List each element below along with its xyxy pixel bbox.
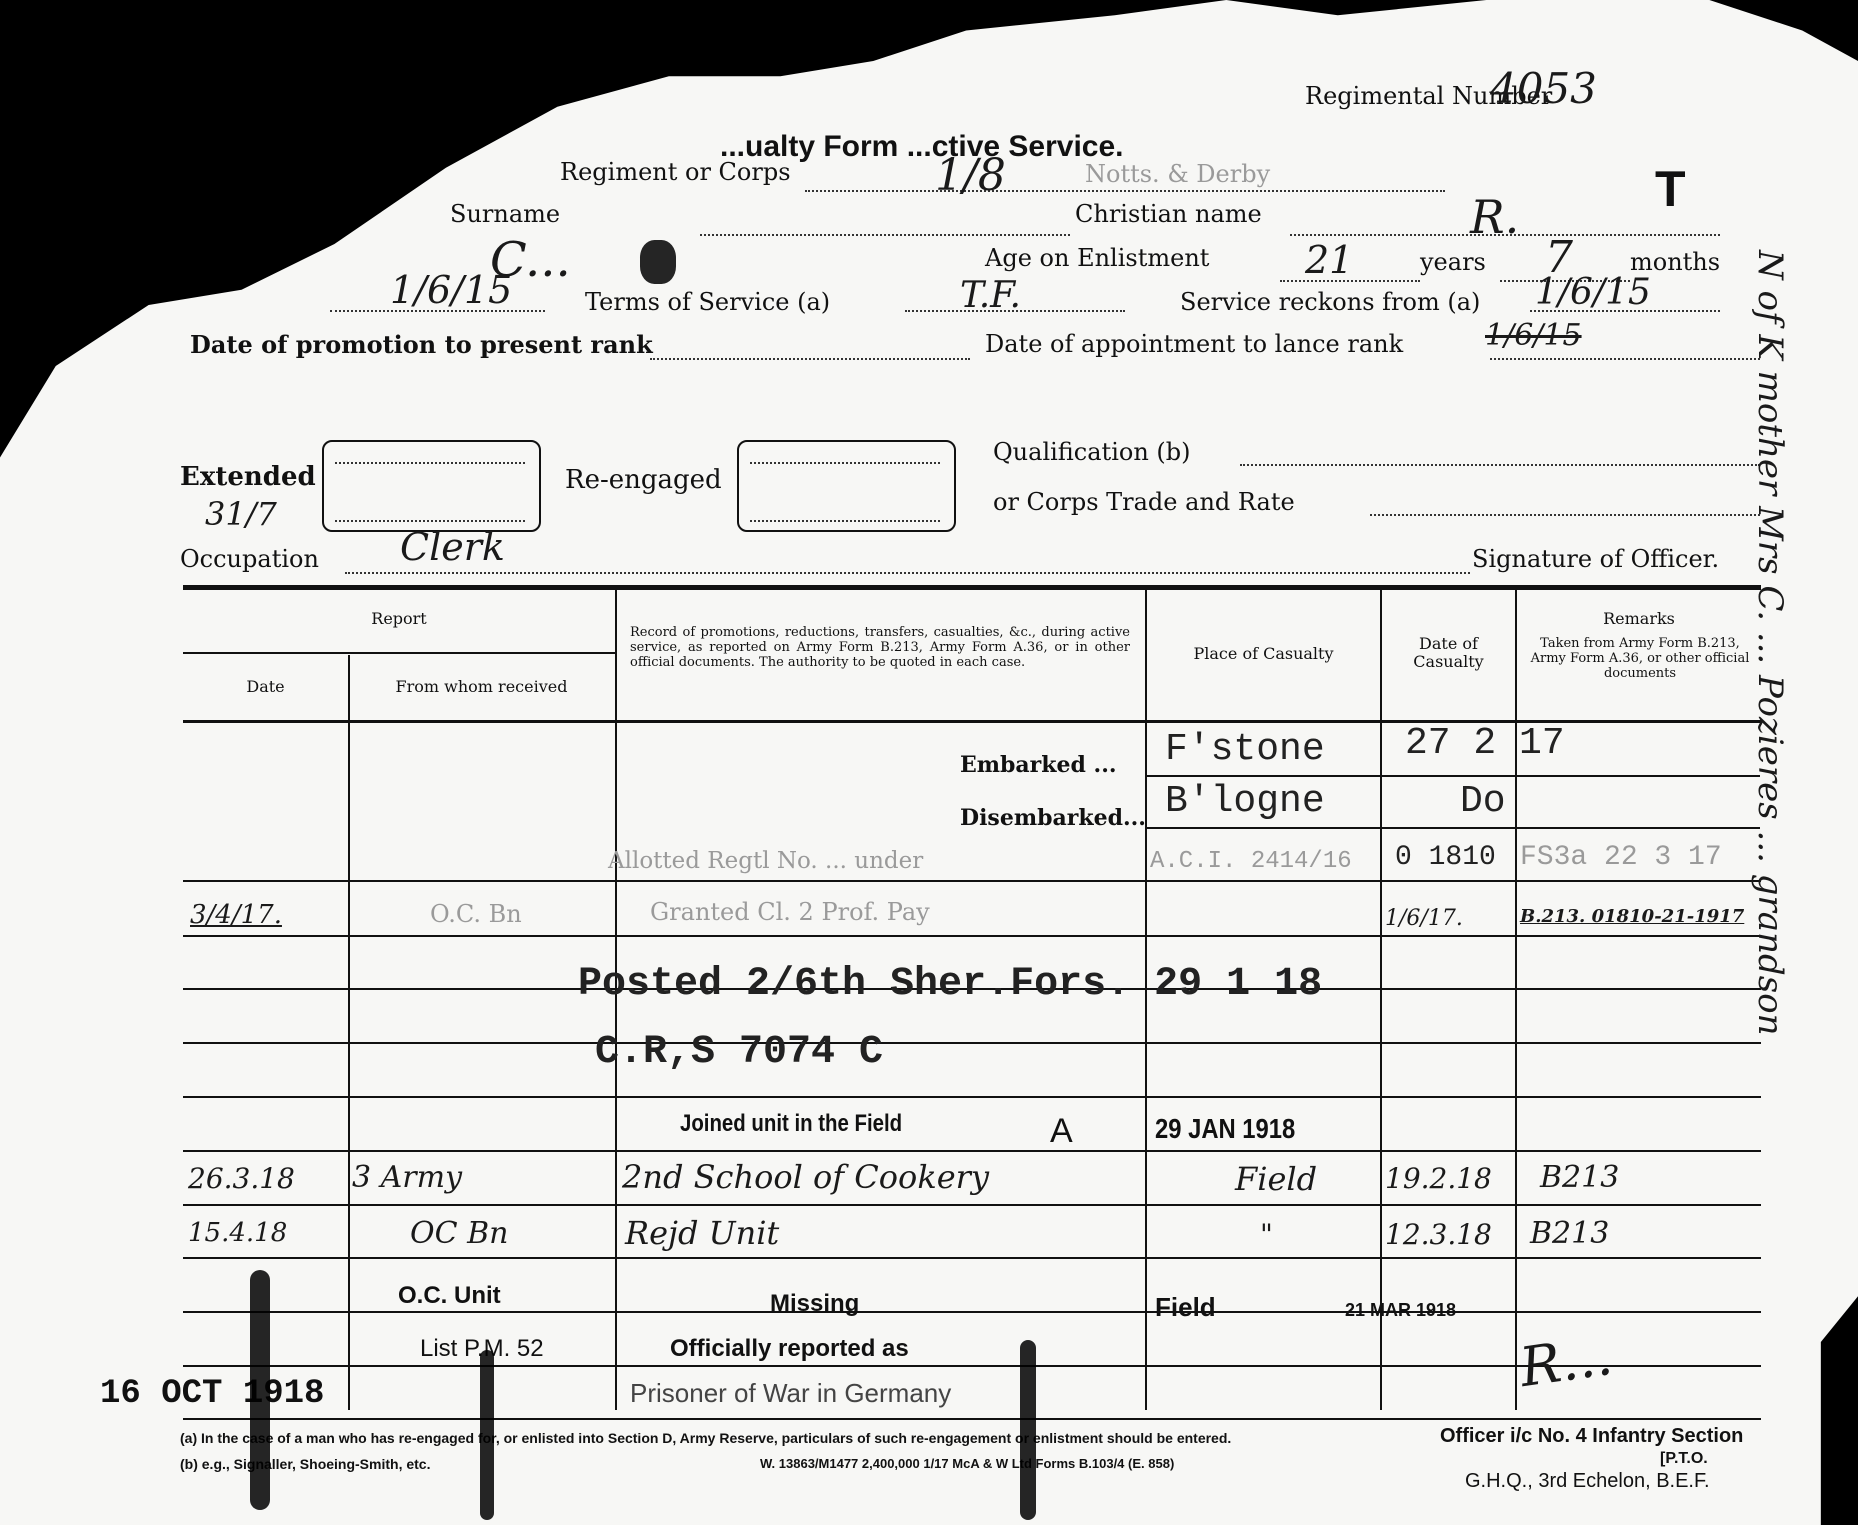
col-divider-date bbox=[1380, 590, 1382, 1410]
row-embarked-record: Embarked ... bbox=[960, 752, 1117, 778]
footnote-b: (b) e.g., Signaller, Shoeing-Smith, etc. bbox=[180, 1456, 430, 1472]
header-place: Place of Casualty bbox=[1147, 645, 1380, 663]
regiment-value-stamp: Notts. & Derby bbox=[1085, 160, 1270, 188]
row-rule bbox=[183, 1204, 1761, 1206]
pto-label: [P.T.O. bbox=[1660, 1450, 1708, 1468]
row-8-from: OC Bn bbox=[410, 1216, 508, 1251]
row-8-date: 15.4.18 bbox=[188, 1218, 287, 1248]
row-allotted-place: A.C.I. 2414/16 bbox=[1150, 848, 1352, 875]
lance-rank-value: 1/6/15 bbox=[1485, 318, 1582, 353]
row-9-date-casualty: 21 MAR 1918 bbox=[1345, 1300, 1456, 1321]
col-divider-remarks bbox=[1515, 590, 1517, 1410]
regiment-value-hand: 1/8 bbox=[935, 150, 1006, 201]
qualification-label: Qualification (b) bbox=[993, 438, 1191, 466]
row-joined-mark: A bbox=[1050, 1112, 1073, 1151]
lance-rank-line bbox=[1490, 358, 1760, 360]
reengaged-label: Re-engaged bbox=[565, 465, 722, 495]
age-years-value: 21 bbox=[1305, 238, 1353, 282]
row-rule bbox=[183, 1257, 1761, 1259]
lance-rank-label: Date of appointment to lance rank bbox=[985, 330, 1403, 358]
row-8-place: " bbox=[1260, 1218, 1273, 1251]
surname-label: Surname bbox=[450, 200, 560, 228]
row-9-from: O.C. Unit bbox=[398, 1282, 501, 1310]
row-7-date-casualty: 19.2.18 bbox=[1385, 1162, 1492, 1195]
header-report: Report bbox=[183, 610, 615, 628]
row-7-remarks: B213 bbox=[1540, 1160, 1619, 1195]
row-rule bbox=[1145, 827, 1760, 829]
qualification-line bbox=[1240, 464, 1760, 466]
row-rule bbox=[183, 1096, 1761, 1098]
row-posted-record: Posted 2/6th Sher.Fors. 29 1 18 bbox=[578, 962, 1322, 1007]
row-8-remarks: B213 bbox=[1530, 1216, 1609, 1251]
row-disembarked-place: B'logne bbox=[1165, 780, 1325, 823]
footnote-a: (a) In the case of a man who has re-enga… bbox=[180, 1430, 1231, 1446]
row-7-date: 26.3.18 bbox=[188, 1162, 295, 1195]
reengaged-brace bbox=[737, 440, 956, 532]
header-from-whom: From whom received bbox=[348, 678, 615, 696]
christian-name-label: Christian name bbox=[1075, 200, 1262, 228]
row-rule bbox=[183, 1311, 1761, 1313]
terms-value: T.F. bbox=[960, 275, 1021, 316]
reengaged-line-2 bbox=[750, 520, 940, 522]
regimental-number-value: 4053 bbox=[1490, 64, 1597, 113]
occupation-value: Clerk bbox=[400, 525, 505, 569]
row-11-date: 16 OCT 1918 bbox=[100, 1375, 324, 1413]
officer-section-label: Officer i/c No. 4 Infantry Section bbox=[1440, 1425, 1743, 1448]
table-bottom-rule bbox=[183, 1418, 1761, 1420]
row-3-record: Granted Cl. 2 Prof. Pay bbox=[650, 898, 930, 926]
occupation-line bbox=[345, 572, 1470, 574]
christian-name-value: R. bbox=[1470, 190, 1519, 244]
row-8-record: Rejd Unit bbox=[625, 1214, 779, 1252]
header-record: Record of promotions, reductions, transf… bbox=[630, 625, 1130, 670]
ink-stain bbox=[1020, 1340, 1036, 1520]
row-9-place: Field bbox=[1155, 1292, 1216, 1323]
regiment-label: Regiment or Corps bbox=[560, 158, 791, 186]
col-divider-from bbox=[348, 655, 350, 1410]
enlisted-value: 1/6/15 bbox=[390, 268, 512, 312]
row-7-record: 2nd School of Cookery bbox=[622, 1158, 989, 1196]
row-rule bbox=[183, 1150, 1761, 1152]
row-8-date-casualty: 12.3.18 bbox=[1385, 1218, 1492, 1251]
extended-brace bbox=[322, 440, 541, 532]
row-9-record: Missing bbox=[770, 1290, 859, 1318]
ink-stain bbox=[250, 1270, 270, 1510]
corps-trade-line bbox=[1370, 514, 1760, 516]
header-remarks-sub: Taken from Army Form B.213, Army Form A.… bbox=[1530, 636, 1750, 681]
header-remarks-title: Remarks bbox=[1517, 610, 1761, 628]
row-3-from: O.C. Bn bbox=[430, 900, 522, 928]
signature-of-officer-label: Signature of Officer. bbox=[1472, 545, 1719, 573]
row-7-place: Field bbox=[1235, 1160, 1317, 1198]
years-label: years bbox=[1420, 248, 1486, 276]
service-reckons-value: 1/6/15 bbox=[1535, 272, 1651, 313]
row-3-remarks: B.213. 01810-21-1917 bbox=[1520, 906, 1744, 927]
reengaged-line-1 bbox=[750, 462, 940, 464]
row-rule bbox=[183, 880, 1761, 882]
row-rule bbox=[183, 935, 1761, 937]
row-crs-record: C.R,S 7074 C bbox=[595, 1030, 883, 1075]
promotion-line bbox=[650, 358, 970, 360]
age-label: Age on Enlistment bbox=[985, 244, 1209, 272]
row-allotted-record: Allotted Regtl No. ... under bbox=[608, 848, 923, 874]
service-reckons-label: Service reckons from (a) bbox=[1180, 288, 1480, 316]
officer-signature: R... bbox=[1516, 1324, 1616, 1399]
row-10-record: Officially reported as bbox=[670, 1335, 909, 1363]
report-subheader-rule bbox=[183, 652, 615, 654]
regiment-field-line bbox=[805, 190, 1445, 192]
row-joined-record: Joined unit in the Field bbox=[680, 1110, 902, 1138]
promotion-label: Date of promotion to present rank bbox=[190, 330, 653, 359]
enlisted-line bbox=[330, 310, 545, 312]
extended-label: Extended bbox=[180, 462, 316, 492]
row-rule bbox=[1145, 775, 1760, 777]
header-date: Date bbox=[183, 678, 348, 696]
corps-trade-label: or Corps Trade and Rate bbox=[993, 488, 1295, 516]
corner-stamp: T bbox=[1655, 160, 1686, 218]
row-3-date-casualty: 1/6/17. bbox=[1385, 906, 1463, 931]
ink-stain bbox=[480, 1350, 494, 1520]
margin-note: N of K mother Mrs C. ... Pozieres ... gr… bbox=[1750, 250, 1790, 1450]
row-allotted-date: 0 1810 bbox=[1395, 842, 1496, 873]
row-allotted-remarks: FS3a 22 3 17 bbox=[1520, 842, 1722, 873]
extended-note: 31/7 bbox=[205, 495, 277, 533]
row-joined-place: 29 JAN 1918 bbox=[1155, 1113, 1295, 1145]
extended-line-1 bbox=[335, 462, 525, 464]
casualty-form-paper: ...ualty Form ...ctive Service. Regiment… bbox=[0, 0, 1858, 1525]
row-7-from: 3 Army bbox=[352, 1160, 462, 1195]
row-rule bbox=[183, 1042, 1761, 1044]
table-top-rule bbox=[183, 585, 1761, 590]
print-info: W. 13863/M1477 2,400,000 1/17 McA & W Lt… bbox=[760, 1456, 1174, 1471]
row-disembarked-record: Disembarked... bbox=[960, 805, 1146, 831]
row-disembarked-date: Do bbox=[1460, 780, 1506, 823]
surname-field-line bbox=[700, 234, 1070, 236]
occupation-label: Occupation bbox=[180, 545, 319, 573]
row-embarked-place: F'stone bbox=[1165, 728, 1325, 771]
terms-label: Terms of Service (a) bbox=[585, 288, 830, 316]
row-11-record: Prisoner of War in Germany bbox=[630, 1378, 951, 1409]
extended-line-2 bbox=[335, 520, 525, 522]
ghq-label: G.H.Q., 3rd Echelon, B.E.F. bbox=[1465, 1470, 1710, 1493]
row-3-date: 3/4/17. bbox=[190, 900, 282, 930]
header-date-casualty: Date of Casualty bbox=[1382, 635, 1515, 671]
ink-stain bbox=[640, 240, 676, 284]
row-embarked-date: 27 2 17 bbox=[1405, 722, 1565, 765]
